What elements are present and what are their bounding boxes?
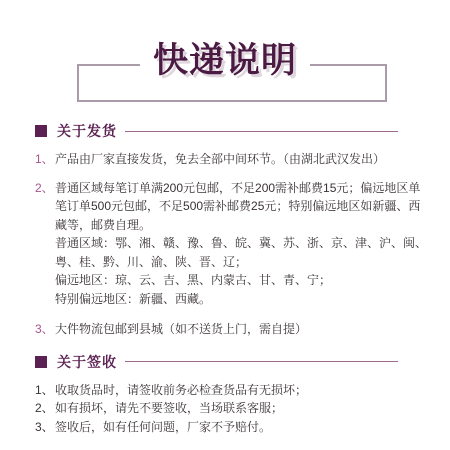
page-title: 快递说明 xyxy=(0,38,450,84)
item-text: 签收后，如有任何问题，厂家不予赔付。 xyxy=(55,418,438,437)
shipping-item-1: 1、 产品由厂家直接发货，免去全部中间环节。（由湖北武汉发出） xyxy=(35,150,438,169)
square-bullet-icon xyxy=(35,356,47,368)
title-banner: 快递说明 xyxy=(0,0,450,104)
section-heading: 关于签收 xyxy=(57,352,117,372)
square-bullet-icon xyxy=(35,125,47,137)
item-text: 大件物流包邮到县城（如不送货上门，需自提） xyxy=(55,320,438,339)
item-number: 3、 xyxy=(35,418,55,437)
item-text: 如有损坏，请先不要签收，当场联系客服； xyxy=(55,399,438,418)
receiving-item-1: 1、 收取货品时，请签收前务必检查货品有无损坏； xyxy=(35,381,438,400)
receiving-item-3: 3、 签收后，如有任何问题，厂家不予赔付。 xyxy=(35,418,438,437)
section-divider-line xyxy=(125,361,398,362)
item-number: 2、 xyxy=(35,399,55,418)
section-header-shipping: 关于发货 xyxy=(35,121,438,141)
shipping-item-2: 2、 普通区域每笔订单满200元包邮，不足200需补邮费15元；偏远地区单 笔订… xyxy=(35,179,438,309)
section-heading: 关于发货 xyxy=(57,121,117,141)
item-text: 普通区域每笔订单满200元包邮，不足200需补邮费15元；偏远地区单 笔订单50… xyxy=(55,179,438,309)
item-number: 1、 xyxy=(35,150,55,169)
section-header-receiving: 关于签收 xyxy=(35,352,438,372)
item-number: 2、 xyxy=(35,179,55,198)
notice-content: 关于发货 1、 产品由厂家直接发货，免去全部中间环节。（由湖北武汉发出） 2、 … xyxy=(0,121,450,436)
item-text: 产品由厂家直接发货，免去全部中间环节。（由湖北武汉发出） xyxy=(55,150,438,169)
page-title-text: 快递说明 xyxy=(140,41,310,80)
item-number: 1、 xyxy=(35,381,55,400)
section-divider-line xyxy=(125,131,398,132)
delivery-notice-page: 快递说明 关于发货 1、 产品由厂家直接发货，免去全部中间环节。（由湖北武汉发出… xyxy=(0,0,450,450)
item-number: 3、 xyxy=(35,320,55,339)
item-text: 收取货品时，请签收前务必检查货品有无损坏； xyxy=(55,381,438,400)
shipping-item-3: 3、 大件物流包邮到县城（如不送货上门，需自提） xyxy=(35,320,438,339)
receiving-item-2: 2、 如有损坏，请先不要签收，当场联系客服； xyxy=(35,399,438,418)
